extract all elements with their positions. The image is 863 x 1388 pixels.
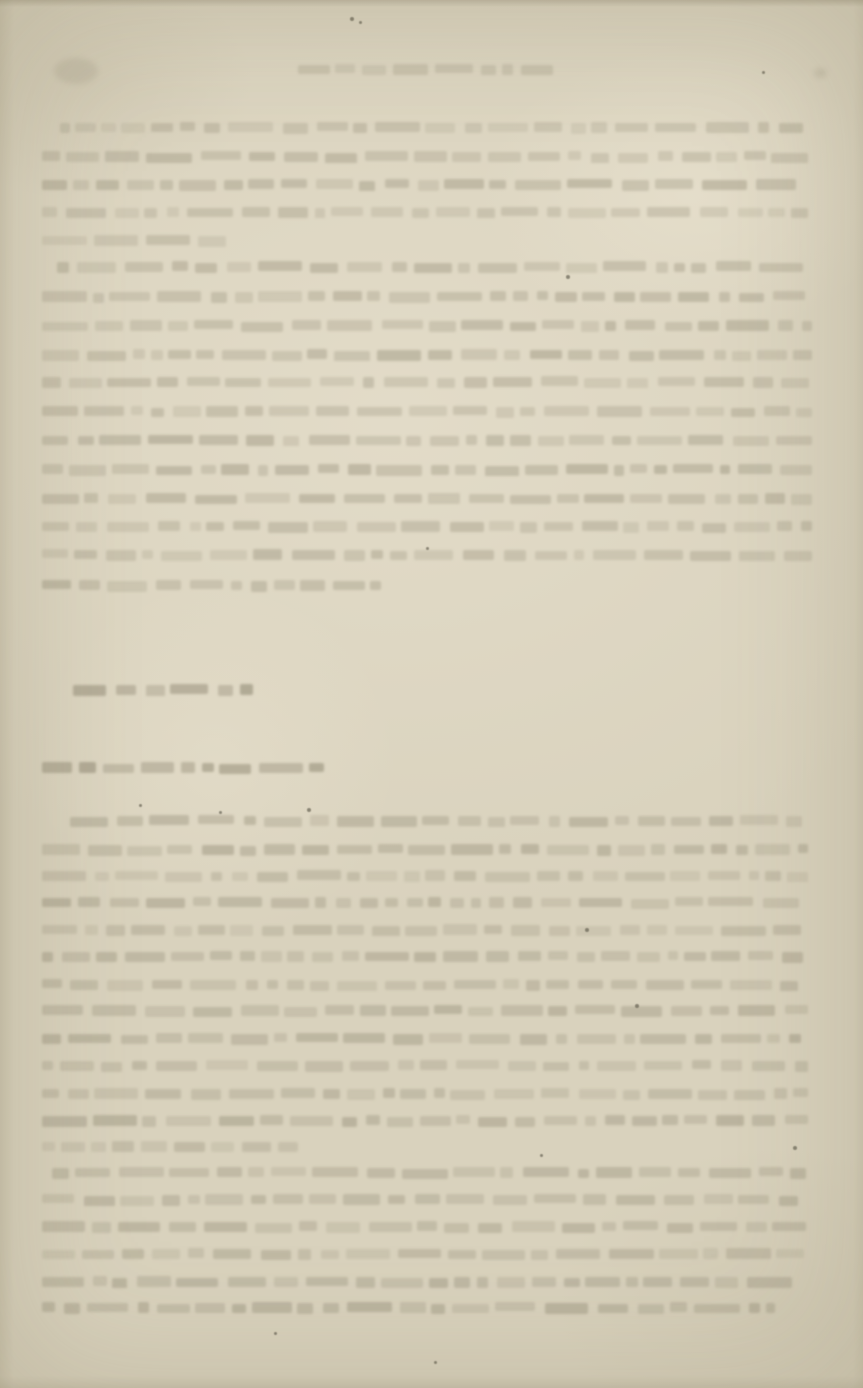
illegible-word [584,378,621,388]
illegible-word [605,1115,624,1124]
illegible-word [726,1248,770,1258]
illegible-word [785,1115,808,1125]
illegible-word [42,377,61,388]
illegible-word [309,1194,337,1204]
illegible-word [437,292,482,301]
illegible-word [394,494,422,503]
illegible-word [691,980,722,990]
illegible-word [170,684,208,694]
illegible-word [271,1167,306,1176]
illegible-word [494,1089,535,1099]
illegible-word [302,845,329,855]
illegible-word [670,871,700,881]
illegible-word [541,1088,569,1098]
illegible-word [779,1196,799,1206]
illegible-word [753,377,773,388]
illegible-word [452,1304,488,1314]
paragraph-4-line [42,1194,806,1206]
illegible-word [630,494,662,504]
illegible-word [782,952,803,962]
illegible-word [79,762,96,772]
illegible-word [461,320,503,330]
illegible-word [537,871,560,881]
illegible-word [281,179,306,188]
illegible-word [315,897,326,907]
illegible-word [326,1222,360,1232]
illegible-word [121,123,145,133]
illegible-word [274,1277,298,1287]
illegible-word [739,293,764,303]
illegible-word [121,1035,149,1044]
illegible-word [501,1005,543,1016]
illegible-word [534,122,562,132]
illegible-word [738,1195,769,1204]
illegible-word [612,436,631,445]
illegible-word [404,871,420,882]
illegible-word [429,321,456,332]
illegible-word [313,521,347,532]
illegible-word [566,464,608,474]
illegible-word [365,151,408,160]
illegible-word [93,1115,137,1126]
illegible-word [106,550,136,560]
illegible-word [42,1089,59,1098]
illegible-word [471,898,481,908]
illegible-word [393,1034,422,1044]
illegible-word [520,407,535,416]
illegible-word [167,845,192,854]
illegible-word [716,152,737,162]
illegible-word [387,1117,414,1127]
illegible-word [158,521,180,531]
illegible-word [156,1061,197,1071]
illegible-word [640,1034,686,1044]
illegible-word [412,208,429,218]
illegible-word [66,152,99,162]
illegible-word [42,925,77,934]
illegible-word [692,1060,711,1069]
illegible-word [675,897,703,906]
illegible-word [486,435,504,446]
illegible-word [74,550,96,559]
header-dot-right [814,68,827,78]
illegible-word [796,408,812,417]
illegible-word [206,522,224,531]
illegible-word [680,1277,709,1287]
illegible-word [711,951,740,960]
illegible-word [307,349,327,359]
illegible-word [112,1278,127,1288]
illegible-word [579,1061,589,1071]
illegible-word [42,350,79,360]
illegible-word [429,1278,448,1288]
illegible-word [173,406,201,417]
illegible-word [454,980,496,989]
illegible-word [468,1007,493,1017]
illegible-word [190,980,236,989]
illegible-word [222,350,266,360]
illegible-word [544,1116,578,1125]
illegible-word [248,1167,263,1177]
illegible-word [211,1142,233,1152]
illegible-word [398,1249,441,1258]
illegible-word [548,1006,567,1015]
illegible-word [465,123,482,132]
illegible-word [765,871,781,881]
illegible-word [709,1168,751,1179]
illegible-word [42,1005,83,1015]
illegible-word [357,522,396,531]
illegible-word [75,123,95,132]
illegible-word [385,898,398,907]
illegible-word [548,951,568,961]
illegible-word [195,263,218,273]
illegible-word [414,263,452,273]
illegible-word [162,1195,181,1206]
illegible-word [446,1194,484,1204]
illegible-word [268,378,311,388]
illegible-word [601,951,630,962]
scanned-book-page [0,0,863,1388]
illegible-word [132,1061,147,1071]
illegible-word [614,292,635,302]
illegible-word [406,436,421,446]
illegible-word [646,980,684,990]
illegible-word [469,494,504,503]
illegible-word [157,377,178,387]
illegible-word [488,152,521,162]
illegible-word [75,1168,110,1177]
illegible-word [367,291,380,301]
illegible-word [353,123,367,133]
illegible-word [752,1115,776,1126]
illegible-word [609,1249,653,1259]
illegible-word [297,1303,313,1314]
paragraph-3-line [42,1088,808,1100]
illegible-word [732,351,751,361]
illegible-word [668,494,705,504]
illegible-word [764,406,790,416]
illegible-word [292,550,336,561]
paragraph-2-line [42,320,812,332]
illegible-word [673,464,713,473]
illegible-word [583,1194,606,1205]
illegible-word [706,122,749,133]
illegible-word [534,1194,576,1203]
illegible-word [69,465,106,475]
illegible-word [93,1276,106,1286]
illegible-word [738,208,763,217]
illegible-word [484,925,501,935]
illegible-word [298,1249,311,1260]
illegible-word [518,951,541,962]
illegible-word [166,1116,211,1126]
illegible-word [320,377,354,386]
illegible-word [290,1116,334,1126]
illegible-word [423,981,446,991]
illegible-word [510,495,551,504]
illegible-word [333,581,365,590]
illegible-word [321,1250,340,1259]
illegible-word [206,406,237,417]
illegible-word [431,1304,445,1314]
illegible-word [485,872,530,882]
illegible-word [478,1117,507,1127]
illegible-word [453,1167,494,1176]
paragraph-2-line [42,549,812,561]
illegible-word [644,550,683,560]
illegible-word [547,845,589,855]
illegible-word [325,153,357,163]
illegible-word [757,350,787,360]
illegible-word [96,952,117,962]
illegible-word [456,1060,499,1069]
paragraph-3-line [42,844,808,856]
illegible-word [107,980,143,991]
illegible-word [264,844,295,855]
illegible-word [409,406,447,416]
illegible-word [362,65,386,75]
illegible-word [567,179,612,189]
illegible-word [463,550,494,560]
illegible-word [325,1005,355,1015]
illegible-word [190,522,201,531]
illegible-word [245,493,291,503]
illegible-word [260,1115,282,1125]
illegible-word [801,521,812,531]
paragraph-1-line [42,206,808,218]
illegible-word [42,1250,75,1260]
illegible-word [152,1249,181,1259]
illegible-word [116,685,136,695]
illegible-word [502,64,513,74]
illegible-word [42,871,86,882]
illegible-word [131,925,165,934]
illegible-word [42,1277,84,1287]
illegible-word [308,291,325,301]
illegible-word [716,1115,744,1126]
paragraph-3-line [70,815,808,827]
illegible-word [620,925,640,935]
illegible-word [768,208,785,218]
illegible-word [275,465,309,475]
illegible-word [453,406,487,415]
illegible-word [603,261,646,271]
illegible-word [42,1302,55,1312]
paragraph-3-line [42,1141,310,1153]
illegible-word [637,952,660,962]
illegible-word [464,377,487,388]
illegible-word [261,951,282,962]
illegible-word [789,1034,802,1043]
illegible-word [477,208,494,219]
illegible-word [317,122,348,131]
illegible-word [671,817,701,826]
illegible-word [94,1088,138,1099]
illegible-word [499,844,511,853]
illegible-word [366,1115,380,1125]
illegible-word [658,151,673,161]
illegible-word [721,1034,761,1043]
illegible-word [73,685,106,696]
section-heading [73,683,253,696]
illegible-word [700,207,728,217]
illegible-word [346,1249,390,1260]
ink-speck [635,1004,639,1008]
illegible-word [665,322,692,332]
illegible-word [655,123,696,133]
illegible-word [678,292,709,302]
illegible-word [315,208,325,219]
illegible-word [342,951,359,961]
illegible-word [631,899,669,909]
illegible-word [347,872,360,881]
ink-speck [585,928,589,932]
illegible-word [334,351,370,361]
illegible-word [120,1196,154,1206]
illegible-word [458,816,481,826]
illegible-word [249,152,275,161]
illegible-word [257,872,288,882]
illegible-word [621,1006,662,1016]
illegible-word [42,291,87,301]
illegible-word [299,494,335,503]
illegible-word [127,180,155,190]
illegible-word [125,262,163,272]
paragraph-4-line [42,1221,806,1233]
illegible-word [195,1303,226,1314]
illegible-word [350,1061,389,1070]
illegible-word [262,926,284,936]
illegible-word [739,551,775,561]
illegible-word [450,1090,485,1100]
illegible-word [172,261,188,270]
illegible-word [731,408,755,418]
illegible-word [571,123,586,133]
illegible-word [774,1088,788,1099]
illegible-word [401,521,441,532]
illegible-word [194,320,233,329]
illegible-word [450,898,463,907]
illegible-word [298,65,330,74]
illegible-word [93,293,104,303]
illegible-word [344,550,365,560]
illegible-word [137,1276,171,1286]
illegible-word [596,1167,631,1178]
illegible-word [756,179,796,190]
illegible-word [85,925,98,935]
illegible-word [556,1249,600,1258]
illegible-word [125,952,165,962]
illegible-word [258,465,268,475]
illegible-word [79,580,100,590]
illegible-word [643,1277,671,1288]
illegible-word [454,871,476,881]
illegible-word [369,1222,412,1232]
illegible-word [793,350,812,360]
illegible-word [119,1167,164,1177]
illegible-word [585,1116,596,1127]
illegible-word [425,123,455,133]
illegible-word [131,406,143,415]
illegible-word [569,817,608,827]
paragraph-1-line [42,235,226,247]
illegible-word [716,261,751,270]
illegible-word [281,1088,315,1097]
illegible-word [662,1115,678,1125]
paragraph-3-line [42,1115,808,1127]
illegible-word [597,406,641,417]
illegible-word [78,897,101,907]
paragraph-3-line [42,870,808,882]
paragraph-2-line [42,580,381,592]
illegible-word [541,376,577,386]
illegible-word [190,580,223,589]
illegible-word [747,1277,792,1287]
illegible-word [271,898,309,908]
illegible-word [730,980,772,990]
illegible-word [78,436,94,445]
illegible-word [241,322,283,332]
illegible-word [146,493,186,503]
illegible-word [400,1302,425,1313]
illegible-word [702,523,726,533]
illegible-word [444,1223,469,1234]
illegible-word [284,152,318,162]
illegible-word [678,1168,700,1177]
illegible-word [42,1061,53,1071]
illegible-word [187,377,220,386]
illegible-word [568,350,591,360]
illegible-word [734,522,769,532]
illegible-word [698,321,719,331]
illegible-word [267,980,278,989]
illegible-word [668,951,679,960]
illegible-word [318,464,340,473]
illegible-word [593,871,618,881]
illegible-word [650,407,689,417]
illegible-word [73,180,89,189]
illegible-word [615,816,629,825]
illegible-word [414,952,436,962]
illegible-word [704,377,744,387]
illegible-word [532,1277,556,1287]
illegible-word [292,320,320,330]
illegible-word [210,951,232,960]
illegible-word [511,925,539,935]
illegible-word [489,180,505,189]
illegible-word [538,436,565,446]
illegible-word [771,153,807,163]
illegible-word [103,764,134,774]
illegible-word [42,464,63,474]
illegible-word [232,872,248,882]
illegible-word [456,1115,470,1125]
illegible-word [357,407,403,416]
illegible-word [708,871,740,880]
illegible-word [278,1142,298,1153]
illegible-word [82,1250,115,1259]
illegible-word [624,1034,635,1044]
illegible-word [105,151,139,162]
illegible-word [489,897,503,907]
illegible-word [188,1248,204,1258]
illegible-word [42,522,69,531]
illegible-word [576,926,611,936]
paragraph-3-line [42,1005,808,1017]
illegible-word [655,179,692,189]
illegible-word [425,870,445,881]
